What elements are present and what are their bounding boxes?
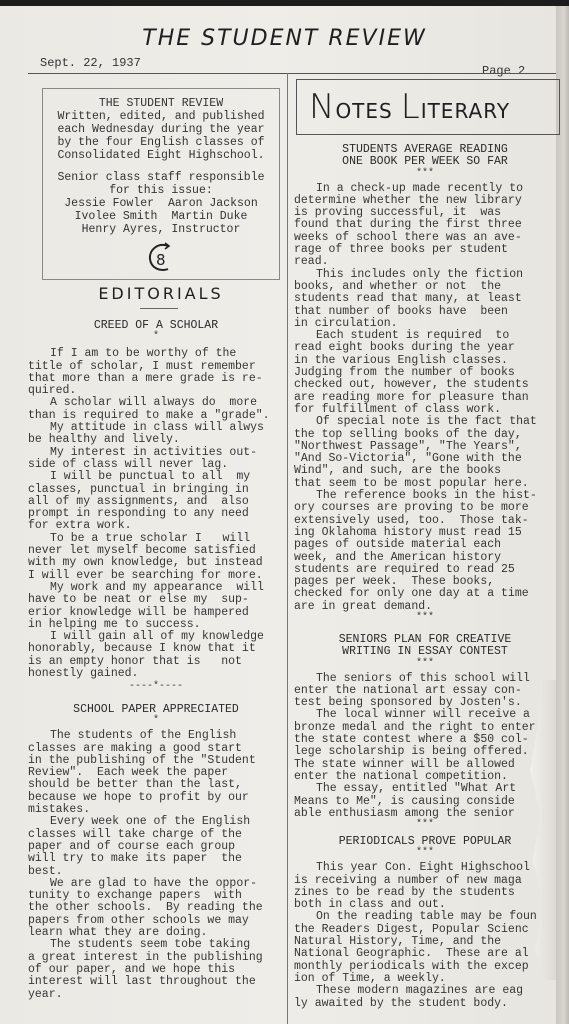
heading-word: L ITERARY <box>401 90 510 124</box>
paragraph: The essay, entitled "What Art Means to M… <box>294 783 556 820</box>
svg-text:8: 8 <box>156 251 166 269</box>
paragraph: This includes only the fiction books, an… <box>294 269 556 330</box>
heading-word: N OTES <box>309 90 393 124</box>
masthead-rule <box>28 73 556 74</box>
end-mark: *** <box>294 613 556 623</box>
article-students-average-reading: STUDENTS AVERAGE READING ONE BOOK PER WE… <box>294 144 556 623</box>
staff-row: Jessie Fowler Aaron Jackson <box>43 197 279 210</box>
issue-date: Sept. 22, 1937 <box>40 56 141 70</box>
article-creed-of-a-scholar: CREED OF A SCHOLAR * If I am to be worth… <box>28 320 284 694</box>
article-seniors-essay-contest: SENIORS PLAN FOR CREATIVE WRITING IN ESS… <box>294 634 556 830</box>
paragraph: The seniors of this school will enter th… <box>294 673 556 710</box>
paragraph: My work and my appearance will have to b… <box>28 582 284 631</box>
ornament: * <box>28 332 284 342</box>
school-emblem-icon: 8 <box>146 240 176 274</box>
staff-box-line: Consolidated Eight Highschool. <box>43 149 279 162</box>
paragraph: My interest in activities out- side of c… <box>28 447 284 472</box>
paragraph: This year Con. Eight Highschool is recei… <box>294 862 556 911</box>
paragraph: Of special note is the fact that the top… <box>294 416 556 490</box>
paragraph: In a check-up made recently to determine… <box>294 183 556 269</box>
end-mark: ----*---- <box>28 680 284 694</box>
article-periodicals-prove-popular: PERIODICALS PROVE POPULAR *** This year … <box>294 836 556 1010</box>
paragraph: To be a true scholar I will never let my… <box>28 533 284 582</box>
staff-box-line: Written, edited, and published <box>43 110 279 123</box>
paragraph: The reference books in the hist- ory cou… <box>294 490 556 613</box>
staff-row: Ivolee Smith Martin Duke <box>43 210 279 223</box>
ornament: *** <box>294 169 556 179</box>
column-divider <box>287 73 288 1024</box>
staff-intro: for this issue: <box>43 184 279 197</box>
paragraph: If I am to be worthy of the title of sch… <box>28 348 284 397</box>
end-mark: *** <box>294 820 556 830</box>
paragraph: The students seem tobe taking a great in… <box>28 939 284 1000</box>
ornament: * <box>28 716 284 726</box>
editorials-rule <box>140 308 178 309</box>
page-edge-shadow <box>556 6 569 1024</box>
notes-literary-heading: N OTES L ITERARY <box>296 79 560 135</box>
staff-box-title: THE STUDENT REVIEW <box>43 97 279 110</box>
article-headline: SENIORS PLAN FOR CREATIVE WRITING IN ESS… <box>294 634 556 659</box>
article-headline: STUDENTS AVERAGE READING ONE BOOK PER WE… <box>294 144 556 169</box>
paragraph: We are glad to have the oppor- tunity to… <box>28 878 284 939</box>
ornament: *** <box>294 848 556 858</box>
instructor: Henry Ayres, Instructor <box>43 223 279 236</box>
staff-box-line: each Wednesday during the year <box>43 123 279 136</box>
staff-name: Jessie Fowler <box>64 197 154 210</box>
staff-box: THE STUDENT REVIEW Written, edited, and … <box>42 88 280 280</box>
paragraph: On the reading table may be foun the Rea… <box>294 911 556 985</box>
paragraph: The local winner will receive a bronze m… <box>294 709 556 783</box>
staff-intro: Senior class staff responsible <box>43 171 279 184</box>
paragraph: The students of the English classes are … <box>28 730 284 816</box>
article-school-paper-appreciated: SCHOOL PAPER APPRECIATED * The students … <box>28 704 284 1001</box>
staff-name: Ivolee Smith <box>75 210 158 223</box>
paragraph: I will gain all of my knowledge honorabl… <box>28 631 284 680</box>
masthead-title: THE STUDENT REVIEW <box>0 26 569 51</box>
staff-box-line: by the four English classes of <box>43 136 279 149</box>
paragraph: These modern magazines are eag ly awaite… <box>294 985 556 1010</box>
staff-name: Martin Duke <box>171 210 247 223</box>
paragraph: My attitude in class will alwys be healt… <box>28 422 284 447</box>
ornament: *** <box>294 659 556 669</box>
paragraph: Each student is required to read eight b… <box>294 330 556 416</box>
paragraph: I will be punctual to all my classes, pu… <box>28 471 284 532</box>
paragraph: Every week one of the English classes wi… <box>28 816 284 877</box>
paragraph: A scholar will always do more than is re… <box>28 397 284 422</box>
staff-name: Aaron Jackson <box>168 197 258 210</box>
editorials-heading: EDITORIALS <box>42 284 280 303</box>
page-number: Page 2 <box>482 64 525 78</box>
